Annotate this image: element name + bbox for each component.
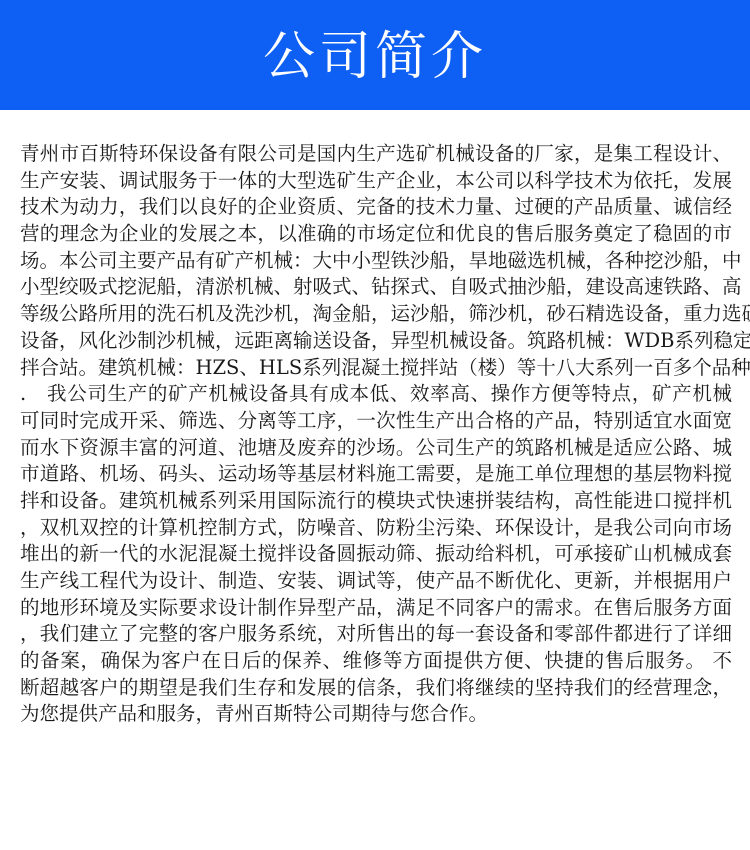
text-line: 生产线工程代为设计、制造、安装、调试等，使产品不断优化、更新，并根据用户 <box>20 568 732 595</box>
text-line: 等级公路所用的洗石机及洗沙机，淘金船，运沙船，筛沙机，砂石精选设备，重力选矿 <box>20 301 732 328</box>
text-line: 市道路、机场、码头、运动场等基层材料施工需要，是施工单位理想的基层物料搅 <box>20 461 732 488</box>
text-line: ，我们建立了完整的客户服务系统，对所售出的每一套设备和零部件都进行了详细 <box>20 621 732 648</box>
text-line: 堆出的新一代的水泥混凝土搅拌设备圆振动筛、振动给料机，可承接矿山机械成套 <box>20 541 732 568</box>
page-title: 公司简介 <box>263 31 487 83</box>
text-line: 而水下资源丰富的河道、池塘及废弃的沙场。公司生产的筑路机械是适应公路、城 <box>20 435 732 462</box>
text-line: 为您提供产品和服务，青州百斯特公司期待与您合作。 <box>20 701 732 728</box>
text-line: 的地形环境及实际要求设计制作异型产品，满足不同客户的需求。在售后服务方面 <box>20 595 732 622</box>
company-intro-text: 青州市百斯特环保设备有限公司是国内生产选矿机械设备的厂家，是集工程设计、 生产安… <box>20 141 732 728</box>
text-line: 拌和设备。建筑机械系列采用国际流行的模块式快速拼装结构，高性能进口搅拌机 <box>20 488 732 515</box>
text-line: 设备，风化沙制沙机械，远距离输送设备，异型机械设备。筑路机械：WDB系列稳定土 <box>20 328 732 355</box>
title-banner: 公司简介 <box>0 0 750 110</box>
text-line: 的备案，确保为客户在日后的保养、维修等方面提供方便、快捷的售后服务。 不 <box>20 648 732 675</box>
text-line: 小型绞吸式挖泥船，清淤机械、射吸式、钻探式、自吸式抽沙船，建设高速铁路、高 <box>20 274 732 301</box>
text-line: . 我公司生产的矿产机械设备具有成本低、效率高、操作方便等特点，矿产机械 <box>20 381 732 408</box>
text-line: 可同时完成开采、筛选、分离等工序，一次性生产出合格的产品，特别适宜水面宽 <box>20 408 732 435</box>
text-line: 断超越客户的期望是我们生存和发展的信条，我们将继续的坚持我们的经营理念， <box>20 675 732 702</box>
text-line: 场。本公司主要产品有矿产机械：大中小型铁沙船，旱地磁选机械，各种挖沙船，中 <box>20 248 732 275</box>
text-line: 生产安装、调试服务于一体的大型选矿生产企业，本公司以科学技术为依托，发展 <box>20 168 732 195</box>
text-line: 青州市百斯特环保设备有限公司是国内生产选矿机械设备的厂家，是集工程设计、 <box>20 141 732 168</box>
text-line: 营的理念为企业的发展之本，以准确的市场定位和优良的售后服务奠定了稳固的市 <box>20 221 732 248</box>
text-line: 拌合站。建筑机械：HZS、HLS系列混凝土搅拌站（楼）等十八大系列一百多个品种 <box>20 355 732 382</box>
text-line: 技术为动力，我们以良好的企业资质、完备的技术力量、过硬的产品质量、诚信经 <box>20 194 732 221</box>
text-line: ，双机双控的计算机控制方式，防噪音、防粉尘污染、环保设计，是我公司向市场 <box>20 515 732 542</box>
